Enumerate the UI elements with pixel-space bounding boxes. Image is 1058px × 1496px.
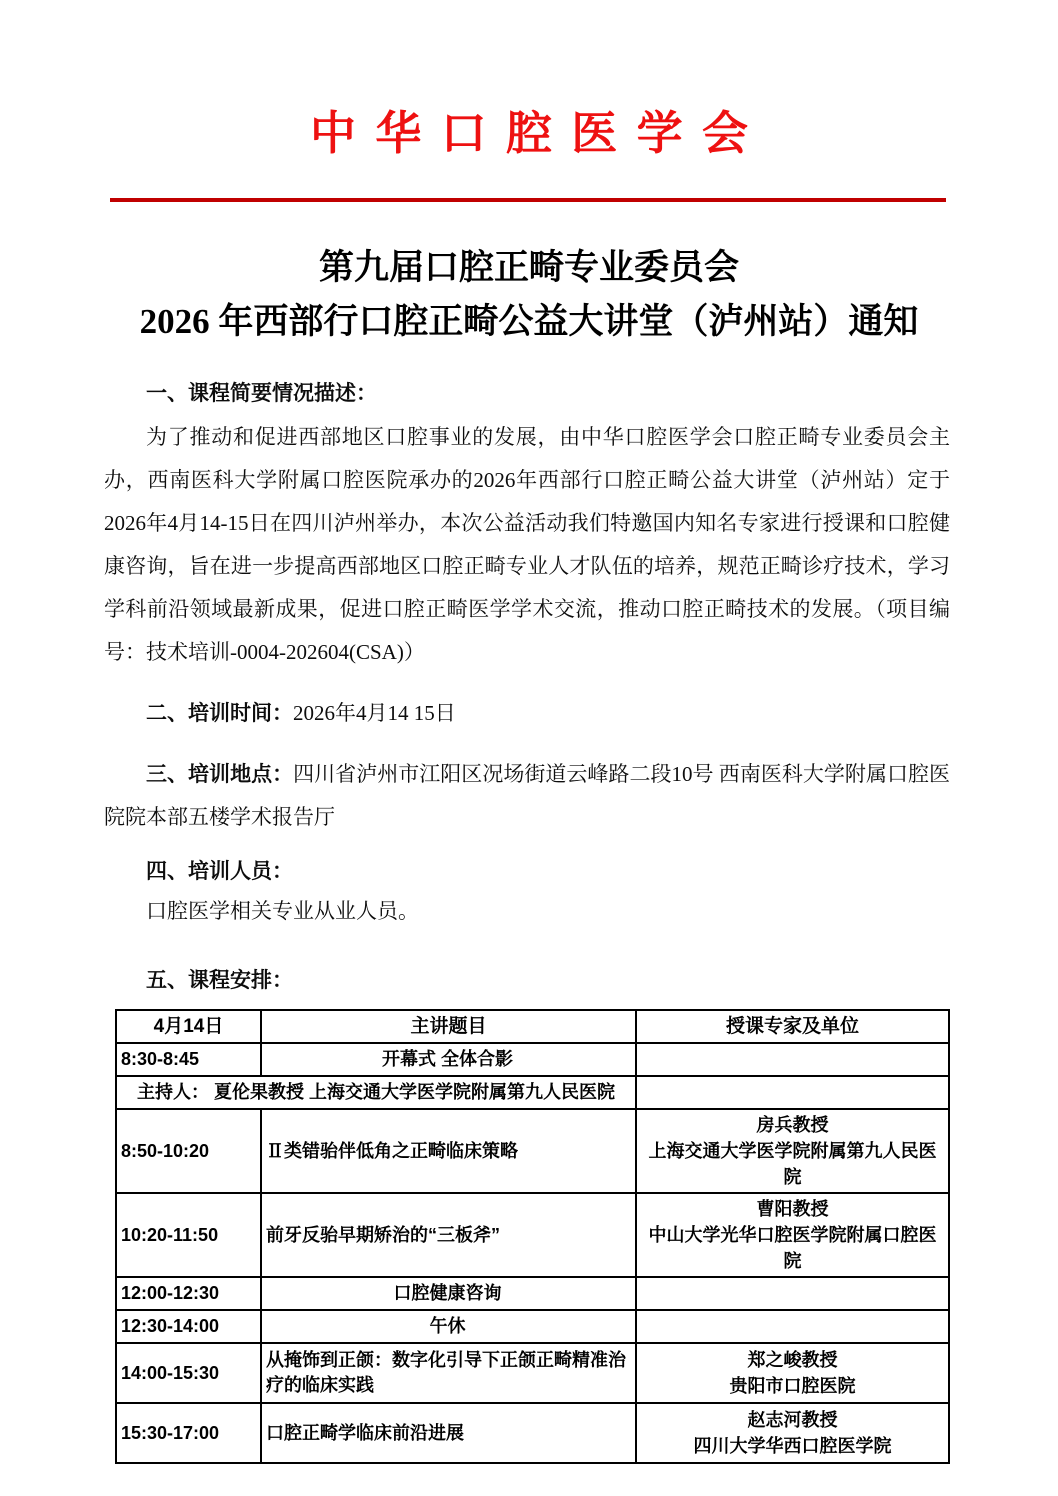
schedule-cell-expert (636, 1043, 949, 1076)
section-3-label: 三、培训地点： (146, 762, 293, 786)
schedule-cell-expert (636, 1076, 949, 1109)
schedule-cell-time: 12:30-14:00 (116, 1310, 261, 1343)
expert-affiliation: 中山大学光华口腔医学院附属口腔医院 (641, 1222, 944, 1274)
section-1-paragraph: 为了推动和促进西部地区口腔事业的发展，由中华口腔医学会口腔正畸专业委员会主办，西… (104, 416, 950, 674)
schedule-cell-topic: 口腔正畸学临床前沿进展 (261, 1403, 636, 1463)
schedule-cell-expert (636, 1277, 949, 1310)
schedule-cell-time: 8:30-8:45 (116, 1043, 261, 1076)
table-row: 15:30-17:00口腔正畸学临床前沿进展赵志河教授四川大学华西口腔医学院 (116, 1403, 949, 1463)
section-1-heading: 一、课程简要情况描述： (146, 374, 950, 408)
schedule-cell-topic: 口腔健康咨询 (261, 1277, 636, 1310)
expert-name: 曹阳教授 (641, 1196, 944, 1222)
expert-affiliation: 上海交通大学医学院附属第九人民医院 (641, 1138, 944, 1190)
notice-title-line1: 第九届口腔正畸专业委员会 (0, 244, 1058, 292)
schedule-cell-time: 15:30-17:00 (116, 1403, 261, 1463)
schedule-cell-moderator: 主持人： 夏伦果教授 上海交通大学医学院附属第九人民医院 (116, 1076, 636, 1109)
section-2-value: 2026年4月14 15日 (293, 701, 456, 725)
table-row: 10:20-11:50前牙反骀早期矫治的“三板斧”曹阳教授中山大学光华口腔医学院… (116, 1193, 949, 1277)
schedule-cell-time: 10:20-11:50 (116, 1193, 261, 1277)
schedule-cell-topic: 开幕式 全体合影 (261, 1043, 636, 1076)
schedule-header-expert: 授课专家及单位 (636, 1010, 949, 1043)
letterhead-divider (110, 198, 946, 202)
schedule-table: 4月14日 主讲题目 授课专家及单位 8:30-8:45开幕式 全体合影主持人：… (115, 1009, 950, 1464)
schedule-cell-topic: Ⅱ类错骀伴低角之正畸临床策略 (261, 1109, 636, 1193)
section-4-body: 口腔医学相关专业从业人员。 (146, 891, 950, 931)
schedule-cell-expert (636, 1310, 949, 1343)
table-row: 主持人： 夏伦果教授 上海交通大学医学院附属第九人民医院 (116, 1076, 949, 1109)
section-3-line: 三、培训地点：四川省泸州市江阳区况场街道云峰路二段10号 西南医科大学附属口腔医… (104, 753, 950, 839)
schedule-cell-topic: 午休 (261, 1310, 636, 1343)
table-row: 14:00-15:30从掩饰到正颌：数字化引导下正颌正畸精准治疗的临床实践郑之峻… (116, 1343, 949, 1403)
table-row: 8:50-10:20Ⅱ类错骀伴低角之正畸临床策略房兵教授上海交通大学医学院附属第… (116, 1109, 949, 1193)
schedule-cell-expert: 赵志河教授四川大学华西口腔医学院 (636, 1403, 949, 1463)
expert-name: 赵志河教授 (641, 1407, 944, 1433)
section-4-heading: 四、培训人员： (146, 851, 950, 891)
schedule-cell-expert: 郑之峻教授贵阳市口腔医院 (636, 1343, 949, 1403)
organization-name: 中华口腔医学会 (0, 104, 1058, 164)
expert-name: 房兵教授 (641, 1112, 944, 1138)
schedule-cell-topic: 前牙反骀早期矫治的“三板斧” (261, 1193, 636, 1277)
notice-document-page: 中华口腔医学会 第九届口腔正畸专业委员会 2026 年西部行口腔正畸公益大讲堂（… (0, 0, 1058, 1496)
schedule-cell-expert: 房兵教授上海交通大学医学院附属第九人民医院 (636, 1109, 949, 1193)
notice-title-line2: 2026 年西部行口腔正畸公益大讲堂（泸州站）通知 (0, 296, 1058, 348)
expert-affiliation: 贵阳市口腔医院 (641, 1373, 944, 1399)
schedule-header-date: 4月14日 (116, 1010, 261, 1043)
section-5-heading: 五、课程安排： (146, 965, 950, 995)
table-row: 8:30-8:45开幕式 全体合影 (116, 1043, 949, 1076)
notice-body: 一、课程简要情况描述： 为了推动和促进西部地区口腔事业的发展，由中华口腔医学会口… (104, 374, 950, 1464)
schedule-header-topic: 主讲题目 (261, 1010, 636, 1043)
schedule-cell-time: 14:00-15:30 (116, 1343, 261, 1403)
schedule-cell-time: 8:50-10:20 (116, 1109, 261, 1193)
section-2-line: 二、培训时间：2026年4月14 15日 (104, 692, 950, 735)
schedule-header-row: 4月14日 主讲题目 授课专家及单位 (116, 1010, 949, 1043)
table-row: 12:30-14:00午休 (116, 1310, 949, 1343)
schedule-cell-time: 12:00-12:30 (116, 1277, 261, 1310)
schedule-cell-topic: 从掩饰到正颌：数字化引导下正颌正畸精准治疗的临床实践 (261, 1343, 636, 1403)
expert-name: 郑之峻教授 (641, 1347, 944, 1373)
schedule-cell-expert: 曹阳教授中山大学光华口腔医学院附属口腔医院 (636, 1193, 949, 1277)
table-row: 12:00-12:30口腔健康咨询 (116, 1277, 949, 1310)
section-2-label: 二、培训时间： (146, 701, 293, 725)
expert-affiliation: 四川大学华西口腔医学院 (641, 1433, 944, 1459)
